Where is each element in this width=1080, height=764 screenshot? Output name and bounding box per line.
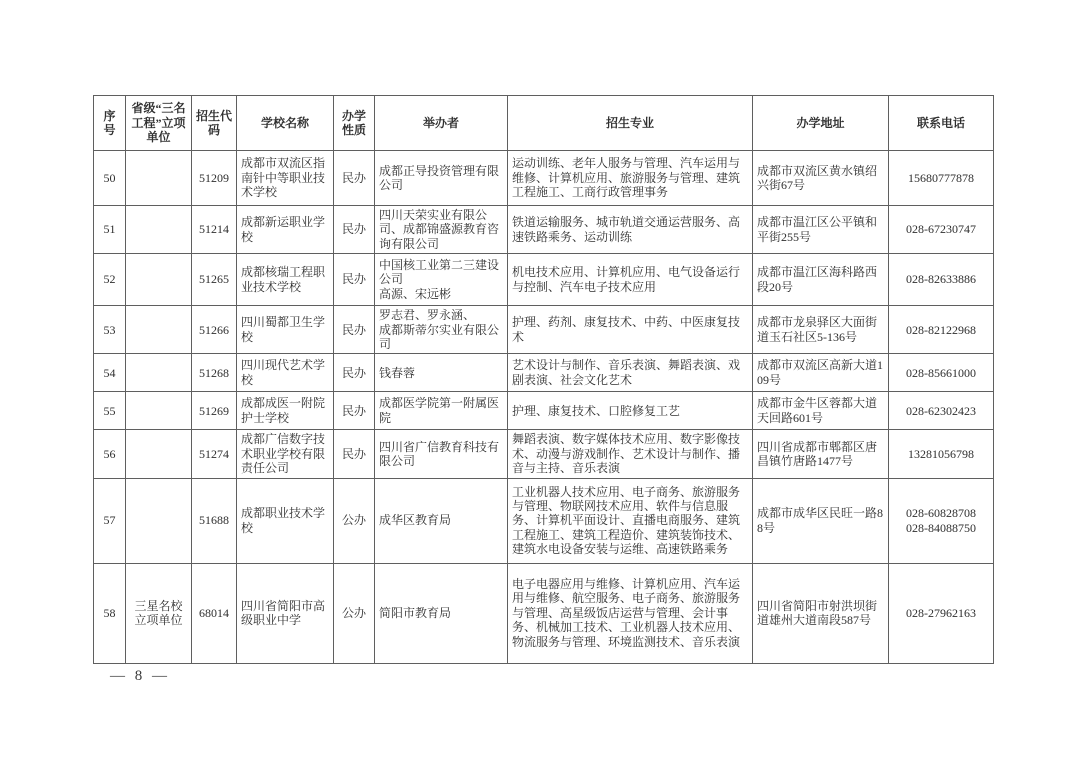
table-row: 5151214成都新运职业学校民办四川天荣实业有限公司、成都锦盛源教育咨询有限公… bbox=[94, 206, 994, 254]
page-number: — 8 — bbox=[110, 668, 170, 685]
cell-majors: 运动训练、老年人服务与管理、汽车运用与维修、计算机应用、旅游服务与管理、建筑工程… bbox=[508, 151, 753, 206]
table-row: 58三星名校 立项单位68014四川省简阳市高级职业中学公办简阳市教育局电子电器… bbox=[94, 563, 994, 663]
cell-address: 四川省简阳市射洪坝街道雄州大道南段587号 bbox=[753, 563, 889, 663]
table-row: 5551269成都成医一附院护士学校民办成都医学院第一附属医院护理、康复技术、口… bbox=[94, 392, 994, 430]
cell-type: 民办 bbox=[334, 151, 375, 206]
school-table: 序号省级“三名工程”立项单位招生代码学校名称办学性质举办者招生专业办学地址联系电… bbox=[93, 95, 994, 664]
cell-phone: 028-67230747 bbox=[889, 206, 994, 254]
cell-project_unit bbox=[126, 478, 192, 563]
cell-phone: 028-62302423 bbox=[889, 392, 994, 430]
cell-seq: 52 bbox=[94, 254, 126, 306]
cell-project_unit bbox=[126, 430, 192, 478]
cell-address: 成都市成华区民旺一路88号 bbox=[753, 478, 889, 563]
cell-address: 四川省成都市郫都区唐昌镇竹唐路1477号 bbox=[753, 430, 889, 478]
column-header-code: 招生代码 bbox=[192, 96, 237, 151]
cell-seq: 58 bbox=[94, 563, 126, 663]
cell-school: 四川现代艺术学校 bbox=[237, 354, 334, 392]
cell-seq: 54 bbox=[94, 354, 126, 392]
cell-project_unit bbox=[126, 392, 192, 430]
column-header-majors: 招生专业 bbox=[508, 96, 753, 151]
cell-seq: 56 bbox=[94, 430, 126, 478]
cell-address: 成都市双流区高新大道109号 bbox=[753, 354, 889, 392]
cell-type: 民办 bbox=[334, 430, 375, 478]
cell-project_unit bbox=[126, 354, 192, 392]
column-header-organizer: 举办者 bbox=[375, 96, 508, 151]
column-header-project_unit: 省级“三名工程”立项单位 bbox=[126, 96, 192, 151]
cell-code: 51268 bbox=[192, 354, 237, 392]
cell-organizer: 罗志君、罗永涵、 成都斯蒂尔实业有限公司 bbox=[375, 306, 508, 354]
cell-majors: 舞蹈表演、数字媒体技术应用、数字影像技术、动漫与游戏制作、艺术设计与制作、播音与… bbox=[508, 430, 753, 478]
cell-school: 成都新运职业学校 bbox=[237, 206, 334, 254]
cell-majors: 艺术设计与制作、音乐表演、舞蹈表演、戏剧表演、社会文化艺术 bbox=[508, 354, 753, 392]
cell-seq: 50 bbox=[94, 151, 126, 206]
cell-code: 51269 bbox=[192, 392, 237, 430]
cell-type: 民办 bbox=[334, 206, 375, 254]
table-row: 5651274成都广信数字技术职业学校有限责任公司民办四川省广信教育科技有限公司… bbox=[94, 430, 994, 478]
cell-project_unit bbox=[126, 206, 192, 254]
cell-seq: 57 bbox=[94, 478, 126, 563]
cell-address: 成都市温江区海科路西段20号 bbox=[753, 254, 889, 306]
cell-organizer: 成华区教育局 bbox=[375, 478, 508, 563]
table-body: 5051209成都市双流区指南针中等职业技术学校民办成都正导投资管理有限公司运动… bbox=[94, 151, 994, 664]
cell-organizer: 四川省广信教育科技有限公司 bbox=[375, 430, 508, 478]
cell-school: 成都核瑞工程职业技术学校 bbox=[237, 254, 334, 306]
cell-type: 民办 bbox=[334, 354, 375, 392]
cell-school: 四川省简阳市高级职业中学 bbox=[237, 563, 334, 663]
table-row: 5051209成都市双流区指南针中等职业技术学校民办成都正导投资管理有限公司运动… bbox=[94, 151, 994, 206]
cell-majors: 工业机器人技术应用、电子商务、旅游服务与管理、物联网技术应用、软件与信息服务、计… bbox=[508, 478, 753, 563]
cell-seq: 51 bbox=[94, 206, 126, 254]
document-page: 序号省级“三名工程”立项单位招生代码学校名称办学性质举办者招生专业办学地址联系电… bbox=[0, 0, 1080, 764]
column-header-seq: 序号 bbox=[94, 96, 126, 151]
cell-code: 51265 bbox=[192, 254, 237, 306]
cell-majors: 护理、药剂、康复技术、中药、中医康复技术 bbox=[508, 306, 753, 354]
cell-type: 民办 bbox=[334, 306, 375, 354]
cell-type: 公办 bbox=[334, 478, 375, 563]
cell-phone: 028-85661000 bbox=[889, 354, 994, 392]
column-header-type: 办学性质 bbox=[334, 96, 375, 151]
cell-organizer: 简阳市教育局 bbox=[375, 563, 508, 663]
cell-majors: 电子电器应用与维修、计算机应用、汽车运用与维修、航空服务、电子商务、旅游服务与管… bbox=[508, 563, 753, 663]
cell-code: 51209 bbox=[192, 151, 237, 206]
cell-code: 51688 bbox=[192, 478, 237, 563]
cell-address: 成都市龙泉驿区大面街道玉石社区5-136号 bbox=[753, 306, 889, 354]
cell-phone: 15680777878 bbox=[889, 151, 994, 206]
cell-address: 成都市双流区黄水镇绍兴街67号 bbox=[753, 151, 889, 206]
cell-organizer: 成都正导投资管理有限公司 bbox=[375, 151, 508, 206]
cell-address: 成都市金牛区蓉都大道天回路601号 bbox=[753, 392, 889, 430]
cell-organizer: 四川天荣实业有限公司、成都锦盛源教育咨询有限公司 bbox=[375, 206, 508, 254]
column-header-address: 办学地址 bbox=[753, 96, 889, 151]
cell-project_unit bbox=[126, 254, 192, 306]
cell-code: 51274 bbox=[192, 430, 237, 478]
cell-phone: 028-27962163 bbox=[889, 563, 994, 663]
cell-majors: 护理、康复技术、口腔修复工艺 bbox=[508, 392, 753, 430]
table-row: 5751688成都职业技术学校公办成华区教育局工业机器人技术应用、电子商务、旅游… bbox=[94, 478, 994, 563]
cell-phone: 028-82122968 bbox=[889, 306, 994, 354]
cell-majors: 机电技术应用、计算机应用、电气设备运行与控制、汽车电子技术应用 bbox=[508, 254, 753, 306]
cell-address: 成都市温江区公平镇和平街255号 bbox=[753, 206, 889, 254]
cell-majors: 铁道运输服务、城市轨道交通运营服务、高速铁路乘务、运动训练 bbox=[508, 206, 753, 254]
cell-project_unit: 三星名校 立项单位 bbox=[126, 563, 192, 663]
cell-code: 51214 bbox=[192, 206, 237, 254]
table-row: 5251265成都核瑞工程职业技术学校民办中国核工业第二三建设公司 高源、宋远彬… bbox=[94, 254, 994, 306]
cell-type: 公办 bbox=[334, 563, 375, 663]
cell-school: 成都广信数字技术职业学校有限责任公司 bbox=[237, 430, 334, 478]
cell-code: 68014 bbox=[192, 563, 237, 663]
cell-organizer: 中国核工业第二三建设公司 高源、宋远彬 bbox=[375, 254, 508, 306]
column-header-school: 学校名称 bbox=[237, 96, 334, 151]
cell-type: 民办 bbox=[334, 254, 375, 306]
cell-code: 51266 bbox=[192, 306, 237, 354]
column-header-phone: 联系电话 bbox=[889, 96, 994, 151]
cell-phone: 13281056798 bbox=[889, 430, 994, 478]
cell-phone: 028-60828708 028-84088750 bbox=[889, 478, 994, 563]
cell-organizer: 钱春蓉 bbox=[375, 354, 508, 392]
table-row: 5451268四川现代艺术学校民办钱春蓉艺术设计与制作、音乐表演、舞蹈表演、戏剧… bbox=[94, 354, 994, 392]
cell-organizer: 成都医学院第一附属医院 bbox=[375, 392, 508, 430]
cell-school: 成都职业技术学校 bbox=[237, 478, 334, 563]
cell-seq: 55 bbox=[94, 392, 126, 430]
table-header-row: 序号省级“三名工程”立项单位招生代码学校名称办学性质举办者招生专业办学地址联系电… bbox=[94, 96, 994, 151]
cell-seq: 53 bbox=[94, 306, 126, 354]
cell-school: 成都市双流区指南针中等职业技术学校 bbox=[237, 151, 334, 206]
cell-project_unit bbox=[126, 151, 192, 206]
cell-type: 民办 bbox=[334, 392, 375, 430]
cell-school: 四川蜀都卫生学校 bbox=[237, 306, 334, 354]
table-row: 5351266四川蜀都卫生学校民办罗志君、罗永涵、 成都斯蒂尔实业有限公司护理、… bbox=[94, 306, 994, 354]
cell-school: 成都成医一附院护士学校 bbox=[237, 392, 334, 430]
cell-phone: 028-82633886 bbox=[889, 254, 994, 306]
cell-project_unit bbox=[126, 306, 192, 354]
